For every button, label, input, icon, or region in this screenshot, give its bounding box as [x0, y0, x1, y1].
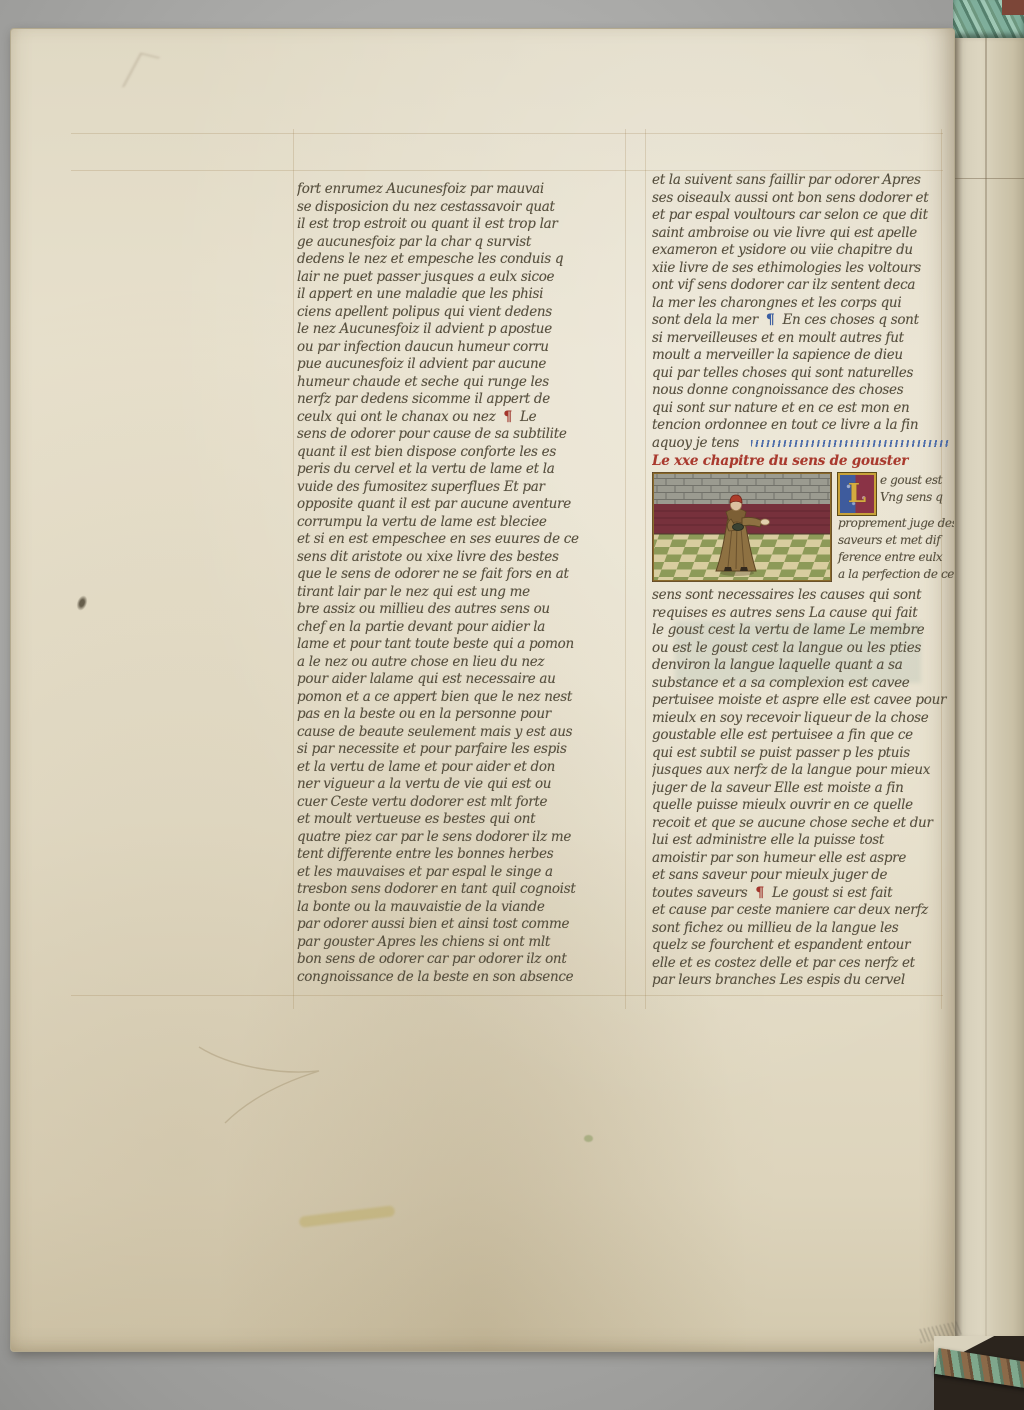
spine-leather-corner	[1002, 0, 1024, 15]
ruling-line-horizontal	[71, 995, 943, 996]
text-line: elle et es costez delle et par ces nerfz…	[652, 955, 954, 973]
text-line: tirant lair par le nez qui est ung me	[297, 584, 623, 602]
text-line: le goust cest la vertu de lame Le membre	[652, 622, 954, 640]
text-line: pomon et a ce appert bien que le nez nes…	[297, 689, 623, 707]
text-line: nerfz par dedens sicomme il appert de	[297, 391, 623, 409]
text-line: bre assiz ou millieu des autres sens ou	[297, 601, 623, 619]
text-line: a le nez ou autre chose en lieu du nez	[297, 654, 623, 672]
text-line: proprement juge des	[838, 515, 950, 532]
text-line: requises es autres sens La cause qui fai…	[652, 605, 954, 623]
ruling-line-vertical	[293, 129, 294, 1009]
illuminated-initial-L: L	[838, 473, 876, 515]
ruling-line-vertical	[645, 129, 646, 1009]
text-line: corrumpu la vertu de lame est bleciee	[297, 514, 623, 532]
text-line: ceulx qui ont le chanax ou nez ¶ Le	[297, 409, 623, 427]
text-line: toutes saveurs ¶ Le goust si est fait	[652, 885, 954, 903]
endband-bottom	[935, 1348, 1024, 1390]
text-line: tencion ordonnee en tout ce livre a la f…	[652, 417, 954, 435]
text-line: recoit et que se aucune chose seche et d…	[652, 815, 954, 833]
photo-backdrop: fort enrumez Aucunesfoiz par mauvaise di…	[0, 0, 1024, 1410]
text-line: sens dit aristote ou xixe livre des best…	[297, 549, 623, 567]
text-line: pertuisee moiste et aspre elle est cavee…	[652, 692, 954, 710]
text-line: dedens le nez et empesche les conduis q	[297, 251, 623, 269]
text-line: par leurs branches Les espis du cervel	[652, 972, 954, 990]
text-line: pour aider lalame qui est necessaire au	[297, 671, 623, 689]
miniature-man-tasting	[652, 472, 832, 582]
pen-scratch	[191, 1027, 341, 1147]
yellow-smudge	[299, 1205, 396, 1228]
text-line: congnoissance de la beste en son absence	[297, 969, 623, 987]
text-line: le nez Aucunesfoiz il advient p apostue	[297, 321, 623, 339]
text-line: quant il est bien dispose conforte les e…	[297, 444, 623, 462]
text-line: vuide des fumositez superflues Et par	[297, 479, 623, 497]
text-line: humeur chaude et seche qui runge les	[297, 374, 623, 392]
text-line: peris du cervel et la vertu de lame et l…	[297, 461, 623, 479]
text-line: ont vif sens dodorer car ilz sentent dec…	[652, 277, 954, 295]
text-line: amoistir par son humeur elle est aspre	[652, 850, 954, 868]
green-speck	[584, 1135, 593, 1142]
text-line: lame et pour tant toute beste qui a pomo…	[297, 636, 623, 654]
text-line: jusques aux nerfz de la langue pour mieu…	[652, 762, 954, 780]
binding-tail-corner	[934, 1336, 1024, 1410]
text-line: ciens apellent polipus qui vient dedens	[297, 304, 623, 322]
pilcrow-mark-red: ¶	[503, 409, 512, 425]
text-line: quelz se fourchent et espandent entour	[652, 937, 954, 955]
text-line: qui par telles choses qui sont naturelle…	[652, 365, 954, 383]
manuscript-page: fort enrumez Aucunesfoiz par mauvaise di…	[10, 28, 955, 1352]
text-line: quatre piez car par le sens dodorer ilz …	[297, 829, 623, 847]
text-line: pas en la beste ou en la personne pour	[297, 706, 623, 724]
text-line: ge aucunesfoiz par la char q survist	[297, 234, 623, 252]
text-line: mieulx en soy recevoir liqueur de la cho…	[652, 710, 954, 728]
text-line: saveurs et met dif	[838, 532, 950, 549]
text-line: tent differente entre les bonnes herbes	[297, 846, 623, 864]
text-line: et la vertu de lame et pour aider et don	[297, 759, 623, 777]
text-line: par gouster Apres les chiens si ont mlt	[297, 934, 623, 952]
text-line: moult a merveiller la sapience de dieu	[652, 347, 954, 365]
text-line: quelle puisse mieulx ouvrir en ce quelle	[652, 797, 954, 815]
text-line: si par necessite et pour parfaire les es…	[297, 741, 623, 759]
text-line: ner vigueur a la vertu de vie qui est ou	[297, 776, 623, 794]
text-line: cuer Ceste vertu dodorer est mlt forte	[297, 794, 623, 812]
text-line: par odorer aussi bien et ainsi tost comm…	[297, 916, 623, 934]
text-line: denviron la langue laquelle quant a sa	[652, 657, 954, 675]
text-line: exameron et ysidore ou viie chapitre du	[652, 242, 954, 260]
wrapped-lines-beside-miniature: proprement juge dessaveurs et met differ…	[838, 515, 950, 583]
text-line: sens sont necessaires les causes qui son…	[652, 587, 954, 605]
text-line: sont fichez ou millieu de la langue les	[652, 920, 954, 938]
text-line: fort enrumez Aucunesfoiz par mauvai	[297, 181, 623, 199]
text-line: goustable elle est pertuisee a fin que c…	[652, 727, 954, 745]
text-line: sont dela la mer ¶ En ces choses q sont	[652, 312, 954, 330]
text-line: et si en est empeschee en ses euures de …	[297, 531, 623, 549]
text-line: et moult vertueuse es bestes qui ont	[297, 811, 623, 829]
book-fore-edge	[953, 36, 1024, 1340]
text-line: et sans saveur pour mieulx juger de	[652, 867, 954, 885]
text-line: la mer les charongnes et les corps qui	[652, 295, 954, 313]
text-line: et par espal voultours car selon ce que …	[652, 207, 954, 225]
text-line: et les mauvaises et par espal le singe a	[297, 864, 623, 882]
show-through-mark	[122, 52, 160, 91]
text-line: a la perfection de ce	[838, 566, 950, 583]
text-line: substance et a sa complexion est cavee	[652, 675, 954, 693]
text-line: il est trop estroit ou quant il est trop…	[297, 216, 623, 234]
chapter-rubric: Le xxe chapitre du sens de gouster	[652, 452, 954, 470]
text-line: ference entre eulx	[838, 549, 950, 566]
ruling-line-vertical	[625, 129, 626, 1009]
text-line: ou est le goust cest la langue ou les pt…	[652, 640, 954, 658]
text-line: si merveilleuses et en moult autres fut	[652, 330, 954, 348]
text-column-right: et la suivent sans faillir par odorer Ap…	[652, 172, 954, 990]
ink-blot	[75, 594, 90, 612]
ruling-line-horizontal	[71, 133, 943, 134]
text-line: aquoy je tens	[652, 435, 954, 453]
text-line: se disposicion du nez cestassavoir quat	[297, 199, 623, 217]
text-line: juger de la saveur Elle est moiste a fin	[652, 780, 954, 798]
pilcrow-mark-blue: ¶	[766, 312, 775, 328]
line-filler-ornament	[751, 440, 951, 447]
text-column-left: fort enrumez Aucunesfoiz par mauvaise di…	[297, 181, 623, 986]
text-line: cause de beaute seulement mais y est aus	[297, 724, 623, 742]
miniature-side-text: L e goust estVng sens q proprement juge …	[838, 472, 950, 583]
text-line: et cause par ceste maniere car deux nerf…	[652, 902, 954, 920]
fore-edge-crease	[985, 36, 987, 1340]
text-line: xiie livre de ses ethimologies les volto…	[652, 260, 954, 278]
wrapped-lines-beside-initial: e goust estVng sens q	[880, 472, 943, 515]
right-column-lower-lines: sens sont necessaires les causes qui son…	[652, 587, 954, 990]
text-line: chef en la partie devant pour aidier la	[297, 619, 623, 637]
text-line: pue aucunesfoiz il advient par aucune	[297, 356, 623, 374]
text-line: tresbon sens dodorer en tant quil cognoi…	[297, 881, 623, 899]
text-line: opposite quant il est par aucune aventur…	[297, 496, 623, 514]
right-column-upper-lines: et la suivent sans faillir par odorer Ap…	[652, 172, 954, 452]
text-line: que le sens de odorer ne se fait fors en…	[297, 566, 623, 584]
text-line: qui est subtil se puist passer p les ptu…	[652, 745, 954, 763]
text-line: lair ne puet passer jusques a eulx sicoe	[297, 269, 623, 287]
pilcrow-mark-red: ¶	[755, 885, 764, 901]
text-line: bon sens de odorer car par odorer ilz on…	[297, 951, 623, 969]
text-line: et la suivent sans faillir par odorer Ap…	[652, 172, 954, 190]
ruling-line-horizontal	[71, 170, 943, 171]
text-line: lui est administre elle la puisse tost	[652, 832, 954, 850]
text-line: il appert en une maladie que les phisi	[297, 286, 623, 304]
text-line: e goust est	[880, 472, 943, 489]
text-line: la bonte ou la mauvaistie de la viande	[297, 899, 623, 917]
text-line: ou par infection daucun humeur corru	[297, 339, 623, 357]
text-line: Vng sens q	[880, 489, 943, 506]
text-line: nous donne congnoissance des choses	[652, 382, 954, 400]
text-line: ses oiseaulx aussi ont bon sens dodorer …	[652, 190, 954, 208]
text-line: qui sont sur nature et en ce est mon en	[652, 400, 954, 418]
text-line: sens de odorer pour cause de sa subtilit…	[297, 426, 623, 444]
fore-edge-line	[953, 178, 1024, 179]
text-line: saint ambroise ou vie livre qui est apel…	[652, 225, 954, 243]
miniature-row: L e goust estVng sens q proprement juge …	[652, 472, 954, 584]
